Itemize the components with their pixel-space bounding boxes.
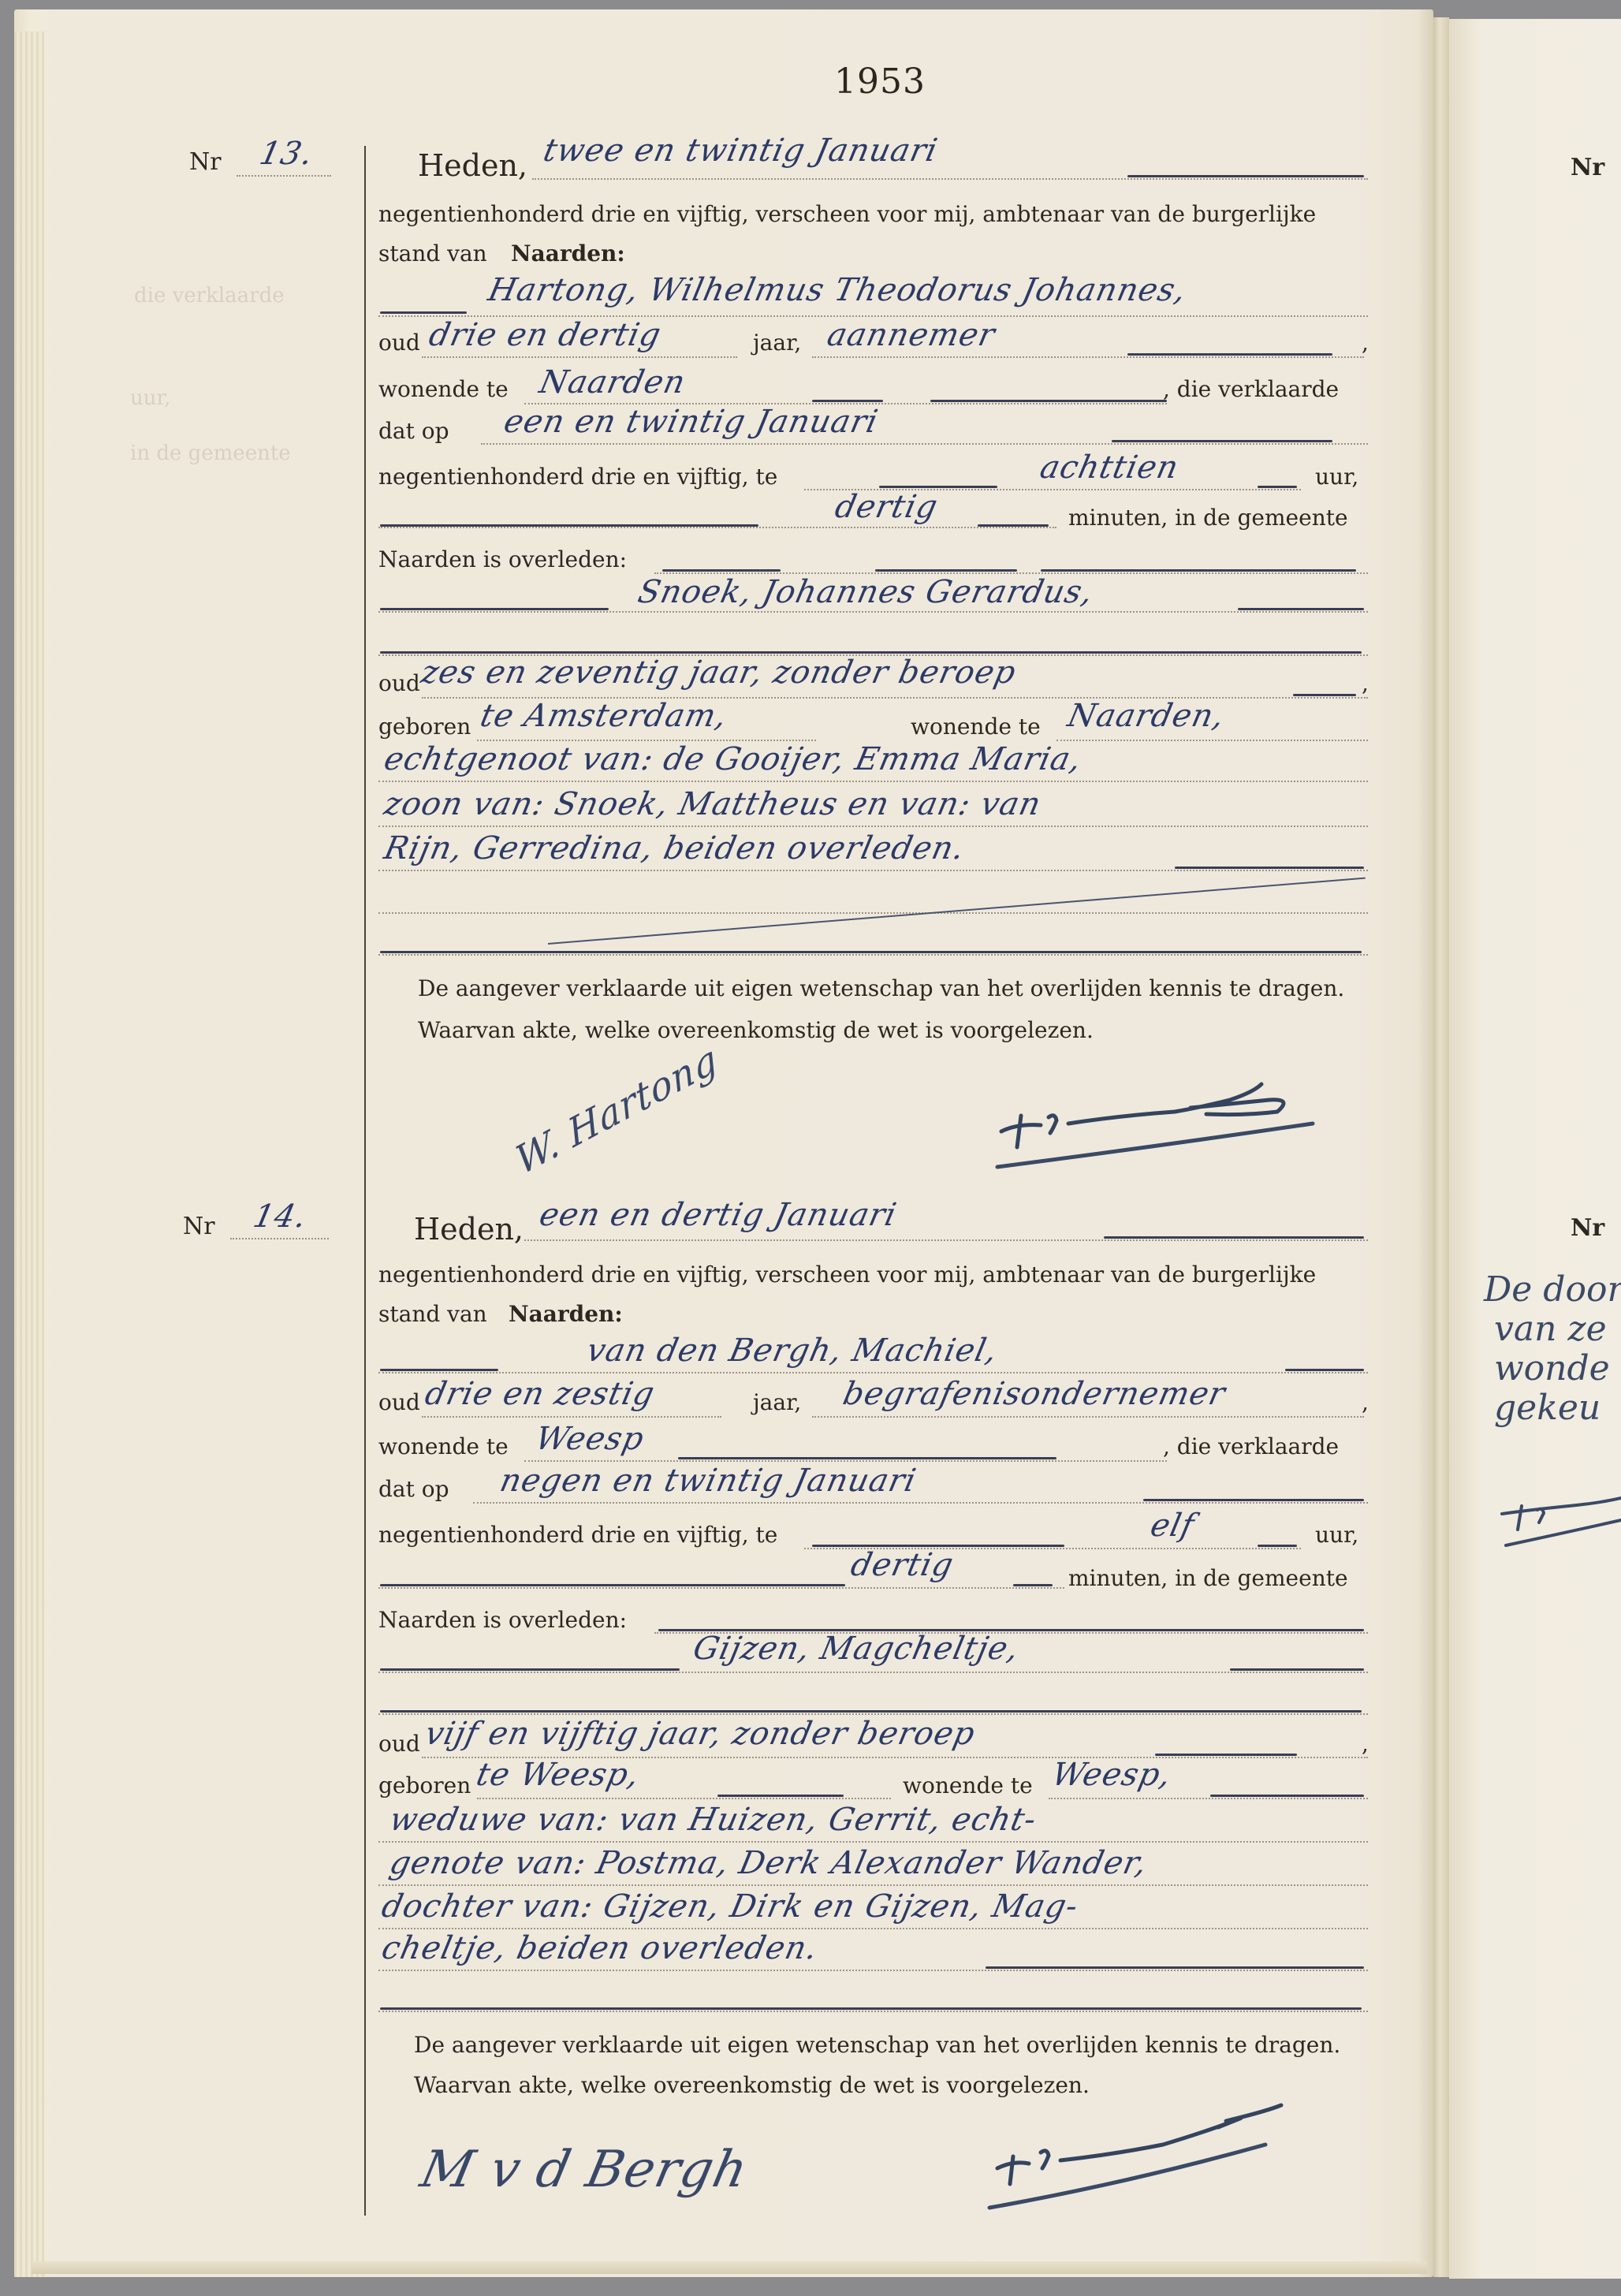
dotted-line — [532, 178, 1368, 180]
heden-label: Heden, — [418, 148, 527, 183]
dotted-line — [378, 1587, 1064, 1589]
filler-dash — [986, 1966, 1364, 1969]
filler-dash — [380, 951, 1362, 953]
show-through-text: in de gemeente — [130, 442, 291, 465]
death-date: een en twintig Januari — [501, 404, 881, 440]
oud-label: oud — [378, 1731, 420, 1757]
declarant-age: drie en dertig — [426, 317, 665, 353]
dotted-line — [378, 527, 1056, 528]
death-minutes: dertig — [832, 489, 941, 525]
dotted-line — [378, 1970, 1368, 1971]
dat-op-label: dat op — [378, 1476, 449, 1502]
municipality: Naarden: — [511, 240, 625, 266]
dotted-line — [378, 781, 1368, 782]
closing-statement: De aangever verklaarde uit eigen wetensc… — [418, 975, 1344, 1001]
dotted-line — [1056, 740, 1368, 741]
wonende-label: wonende te — [378, 376, 509, 402]
dotted-line — [481, 443, 1368, 445]
signature-official — [993, 1068, 1325, 1179]
declarant-residence: Naarden — [536, 364, 689, 401]
residence: Weesp, — [1049, 1757, 1175, 1793]
filler-dash — [380, 2007, 1362, 2010]
filler-dash — [875, 569, 1017, 572]
relation-line: Rijn, Gerredina, beiden overleden. — [381, 830, 968, 867]
municipality: Naarden: — [509, 1301, 623, 1327]
filler-dash — [1258, 1545, 1297, 1547]
filler-dash — [717, 1795, 844, 1797]
page-bottom-edge — [32, 2261, 1427, 2274]
signature-official — [1498, 1482, 1621, 1561]
death-hour: achttien — [1037, 449, 1182, 486]
comma: , — [1362, 1731, 1369, 1757]
relation-line: echtgenoot van: de Gooijer, Emma Maria, — [381, 741, 1085, 777]
geboren-label: geboren — [378, 714, 471, 740]
filler-dash — [1013, 1584, 1053, 1586]
record-number: 14. — [250, 1198, 310, 1235]
dotted-line — [378, 1372, 1368, 1373]
dotted-line — [237, 175, 331, 177]
margin-note-line: van ze — [1494, 1309, 1607, 1349]
death-minutes: dertig — [848, 1547, 957, 1583]
dotted-line — [378, 870, 1368, 871]
page-stack-edges — [14, 32, 46, 2277]
filler-dash — [879, 486, 997, 488]
dotted-line — [473, 1502, 1368, 1504]
filler-dash — [1285, 1369, 1364, 1371]
filler-dash — [1104, 1236, 1364, 1239]
closing-statement: Waarvan akte, welke overeenkomstig de we… — [414, 2072, 1090, 2098]
oud-label: oud — [378, 1389, 420, 1415]
margin-note-line: wonde — [1494, 1348, 1610, 1388]
dotted-line — [524, 1460, 1167, 1462]
register-year: 1953 — [834, 61, 926, 102]
margin-note-line: gekeu — [1494, 1388, 1601, 1428]
jaar-label: jaar, — [753, 330, 801, 356]
declarant-occupation: aannemer — [824, 317, 998, 353]
record-date: twee en twintig Januari — [540, 132, 941, 169]
comma: , — [1362, 670, 1369, 696]
margin-note-line: De door — [1484, 1269, 1621, 1310]
declarant-residence: Weesp — [532, 1421, 647, 1457]
jaar-label: jaar, — [753, 1389, 801, 1415]
comma: , — [1362, 1389, 1369, 1415]
dotted-line — [422, 356, 737, 358]
declarant-name: Hartong, Wilhelmus Theodorus Johannes, — [485, 272, 1190, 308]
dotted-line — [378, 826, 1368, 827]
comma: , — [1362, 330, 1369, 356]
wonende-label: wonende te — [911, 714, 1041, 740]
deceased-age-occupation: vijf en vijftig jaar, zonder beroep — [422, 1716, 978, 1752]
birthplace: te Weesp, — [473, 1757, 643, 1793]
relation-line: cheltje, beiden overleden. — [378, 1930, 822, 1966]
filler-dash — [1175, 867, 1364, 869]
deceased-name: Snoek, Johannes Gerardus, — [635, 574, 1097, 610]
year-line: negentienhonderd drie en vijftig, versch… — [378, 1262, 1316, 1288]
death-date: negen en twintig Januari — [497, 1463, 919, 1499]
filler-dash — [1238, 608, 1364, 610]
filler-dash — [1293, 694, 1356, 696]
overleden-label: Naarden is overleden: — [378, 546, 627, 572]
dotted-line — [230, 1238, 329, 1239]
nr-label: Nr — [1571, 154, 1604, 181]
overleden-label: Naarden is overleden: — [378, 1607, 627, 1633]
filler-dash — [380, 1710, 1362, 1713]
filler-dash — [380, 608, 609, 610]
dotted-line — [378, 1928, 1368, 1929]
filler-dash — [662, 569, 781, 572]
stand-van-label: stand van — [378, 240, 487, 266]
stand-van-label: stand van — [378, 1301, 487, 1327]
record-date: een en dertig Januari — [536, 1197, 900, 1233]
dotted-line — [422, 1416, 721, 1418]
dotted-line — [378, 1713, 1368, 1715]
filler-dash — [930, 400, 1167, 402]
year-te-label: negentienhonderd drie en vijftig, te — [378, 464, 777, 490]
filler-dash — [678, 1457, 1056, 1459]
dotted-line — [378, 1841, 1368, 1843]
dotted-line — [1049, 1798, 1368, 1799]
filler-dash — [1210, 1795, 1364, 1797]
minuten-label: minuten, in de gemeente — [1068, 505, 1348, 531]
nr-label: Nr — [1571, 1214, 1604, 1242]
dotted-line — [378, 912, 1368, 914]
filler-dash — [380, 651, 1362, 654]
oud-label: oud — [378, 330, 420, 356]
book-spine — [1433, 17, 1449, 2277]
die-verklaarde-label: , die verklaarde — [1163, 1433, 1339, 1459]
geboren-label: geboren — [378, 1772, 471, 1798]
filler-dash — [380, 311, 467, 314]
dotted-line — [378, 611, 1368, 613]
column-divider — [364, 146, 366, 2216]
deceased-name: Gijzen, Magcheltje, — [690, 1631, 1023, 1667]
declarant-name: van den Bergh, Machiel, — [583, 1332, 1001, 1369]
closing-statement: De aangever verklaarde uit eigen wetensc… — [414, 2032, 1340, 2058]
heden-label: Heden, — [414, 1212, 524, 1247]
filler-dash — [380, 1584, 845, 1586]
birthplace: te Amsterdam, — [477, 698, 731, 734]
declarant-occupation: begrafenisondernemer — [840, 1376, 1229, 1412]
deceased-age-occupation: zes en zeventig jaar, zonder beroep — [418, 654, 1019, 691]
filler-dash — [1230, 1668, 1364, 1671]
nr-label: Nr — [189, 148, 222, 176]
year-te-label: negentienhonderd drie en vijftig, te — [378, 1522, 777, 1548]
filler-dash — [978, 524, 1049, 527]
dotted-line — [812, 1416, 1364, 1418]
filler-dash — [1127, 353, 1332, 356]
filler-dash — [380, 1369, 498, 1371]
relation-line: zoon van: Snoek, Mattheus en van: van — [381, 786, 1045, 822]
nr-label: Nr — [183, 1213, 215, 1240]
relation-line: weduwe van: van Huizen, Gerrit, echt- — [386, 1802, 1040, 1838]
uur-label: uur, — [1315, 464, 1358, 490]
dotted-line — [378, 954, 1368, 956]
show-through-text: die verklaarde — [134, 284, 285, 307]
signature-declarant: M v d Bergh — [415, 2141, 753, 2199]
filler-dash — [1155, 1754, 1297, 1756]
year-line: negentienhonderd drie en vijftig, versch… — [378, 201, 1316, 227]
closing-statement: Waarvan akte, welke overeenkomstig de we… — [418, 1017, 1094, 1043]
wonende-label: wonende te — [378, 1433, 509, 1459]
dotted-line — [524, 1239, 1368, 1241]
signature-official — [982, 2097, 1313, 2216]
relation-line: dochter van: Gijzen, Dirk en Gijzen, Mag… — [378, 1888, 1082, 1925]
uur-label: uur, — [1315, 1522, 1358, 1548]
dotted-line — [812, 356, 1364, 358]
dat-op-label: dat op — [378, 418, 449, 444]
filler-dash — [1112, 440, 1332, 442]
filler-dash — [380, 1668, 680, 1671]
filler-dash — [812, 400, 883, 402]
filler-dash — [1258, 486, 1297, 488]
minuten-label: minuten, in de gemeente — [1068, 1565, 1348, 1591]
residence: Naarden, — [1064, 698, 1228, 734]
dotted-line — [378, 1672, 1368, 1673]
filler-dash — [1143, 1499, 1364, 1501]
wonende-label: wonende te — [903, 1772, 1033, 1798]
record-number: 13. — [256, 136, 316, 172]
oud-label: oud — [378, 670, 420, 696]
dotted-line — [477, 1798, 891, 1799]
filler-dash — [1041, 569, 1356, 572]
show-through-text: uur, — [130, 386, 170, 410]
death-hour: elf — [1147, 1508, 1198, 1544]
adjacent-page — [1449, 19, 1621, 2279]
dotted-line — [378, 1884, 1368, 1886]
die-verklaarde-label: , die verklaarde — [1163, 376, 1339, 402]
filler-dash — [1127, 175, 1364, 177]
dotted-line — [378, 2011, 1368, 2012]
declarant-age: drie en zestig — [422, 1376, 658, 1412]
relation-line: genote van: Postma, Derk Alexander Wande… — [386, 1845, 1150, 1881]
